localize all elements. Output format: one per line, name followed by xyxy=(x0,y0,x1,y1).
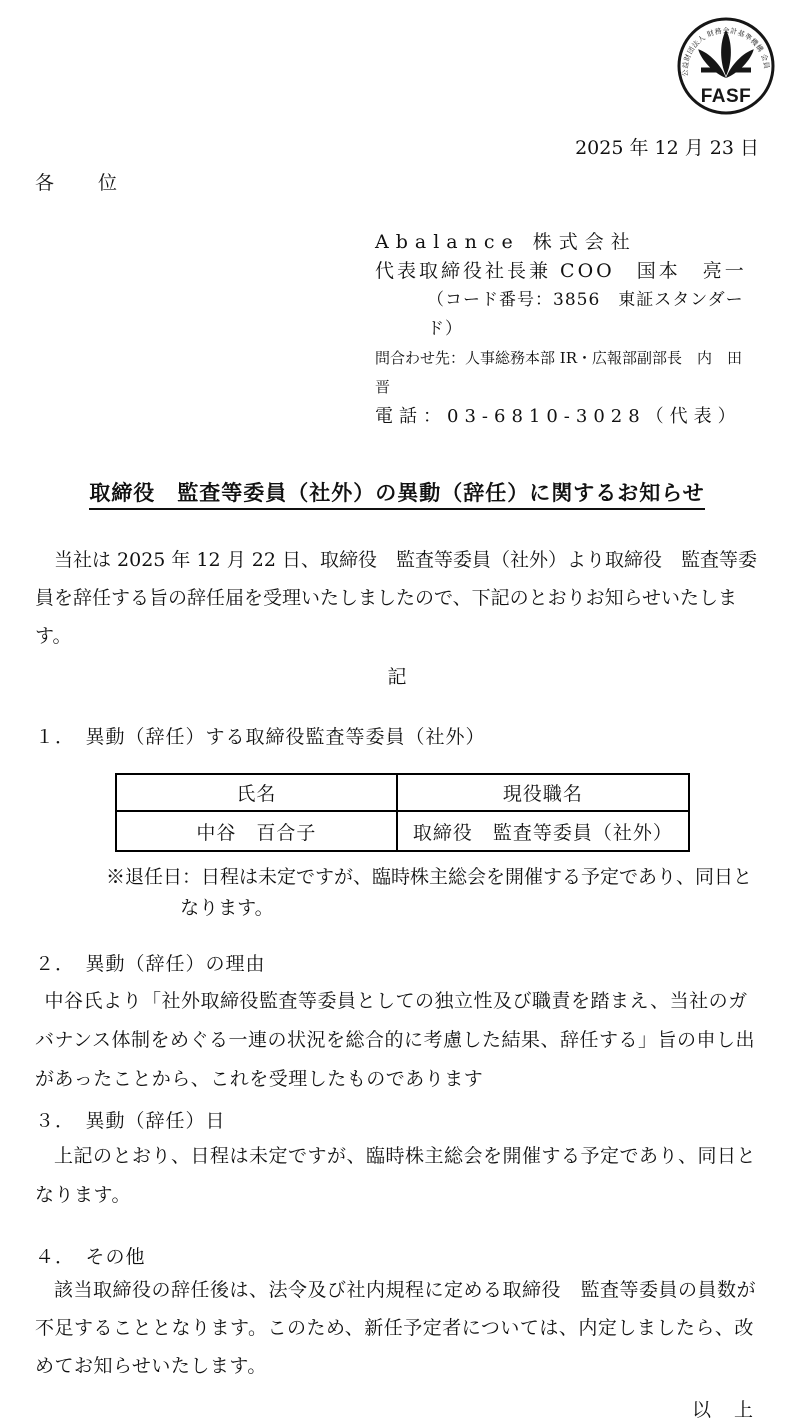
section-2-body: 中谷氏より「社外取締役監査等委員としての独立性及び職責を踏まえ、当社のガバナンス… xyxy=(35,982,759,1099)
logo-acronym: FASF xyxy=(701,86,752,107)
addressee: 各 位 xyxy=(35,170,759,196)
intro-paragraph: 当社は 2025 年 12 月 22 日、取締役 監査等委員（社外）より取締役 … xyxy=(35,541,759,655)
record-marker: 記 xyxy=(35,663,759,691)
officer-name-cell: 中谷 百合子 xyxy=(116,811,397,851)
table-header-name: 氏名 xyxy=(116,774,397,811)
section-3-body: 上記のとおり、日程は未定ですが、臨時株主総会を開催する予定であり、同日となります… xyxy=(35,1137,759,1215)
contact-phone: 電話：03-6810-3028（代表） xyxy=(375,402,759,431)
table-header-position: 現役職名 xyxy=(397,774,689,811)
officer-table: 氏名 現役職名 中谷 百合子 取締役 監査等委員（社外） xyxy=(115,773,690,852)
press-release-page: 公益財団法人 財務会計基準機構 会員 FASF 2025 年 12 月 23 日… xyxy=(0,0,794,1422)
table-header-row: 氏名 現役職名 xyxy=(116,774,689,811)
table-row: 中谷 百合子 取締役 監査等委員（社外） xyxy=(116,811,689,851)
company-representative: 代表取締役社長兼 COO 国本 亮一 xyxy=(375,257,759,286)
officer-position-cell: 取締役 監査等委員（社外） xyxy=(397,811,689,851)
document-title: 取締役 監査等委員（社外）の異動（辞任）に関するお知らせ xyxy=(35,477,759,507)
section-2-heading: ２． 異動（辞任）の理由 xyxy=(35,950,759,978)
section-4-body: 該当取締役の辞任後は、法令及び社内規程に定める取締役 監査等委員の員数が不足する… xyxy=(35,1271,759,1385)
document-date: 2025 年 12 月 23 日 xyxy=(35,0,759,160)
section-3-heading: ３． 異動（辞任）日 xyxy=(35,1107,759,1135)
fasf-member-logo: 公益財団法人 財務会計基準機構 会員 FASF xyxy=(676,16,776,116)
section-4-heading: ４． その他 xyxy=(35,1243,759,1271)
sender-block: Abalance 株式会社 代表取締役社長兼 COO 国本 亮一 （コード番号：… xyxy=(375,228,759,431)
closing-marker: 以 上 xyxy=(35,1395,759,1422)
contact-person: 問合わせ先：人事総務本部 IR・広報部副部長 内 田 晋 xyxy=(375,344,759,402)
stock-code: （コード番号：3856 東証スタンダード） xyxy=(427,286,759,344)
company-name: Abalance 株式会社 xyxy=(375,228,759,257)
retirement-date-note: ※退任日：日程は未定ですが、臨時株主総会を開催する予定であり、同日となります。 xyxy=(106,862,759,924)
section-1-heading: １． 異動（辞任）する取締役監査等委員（社外） xyxy=(35,723,759,751)
